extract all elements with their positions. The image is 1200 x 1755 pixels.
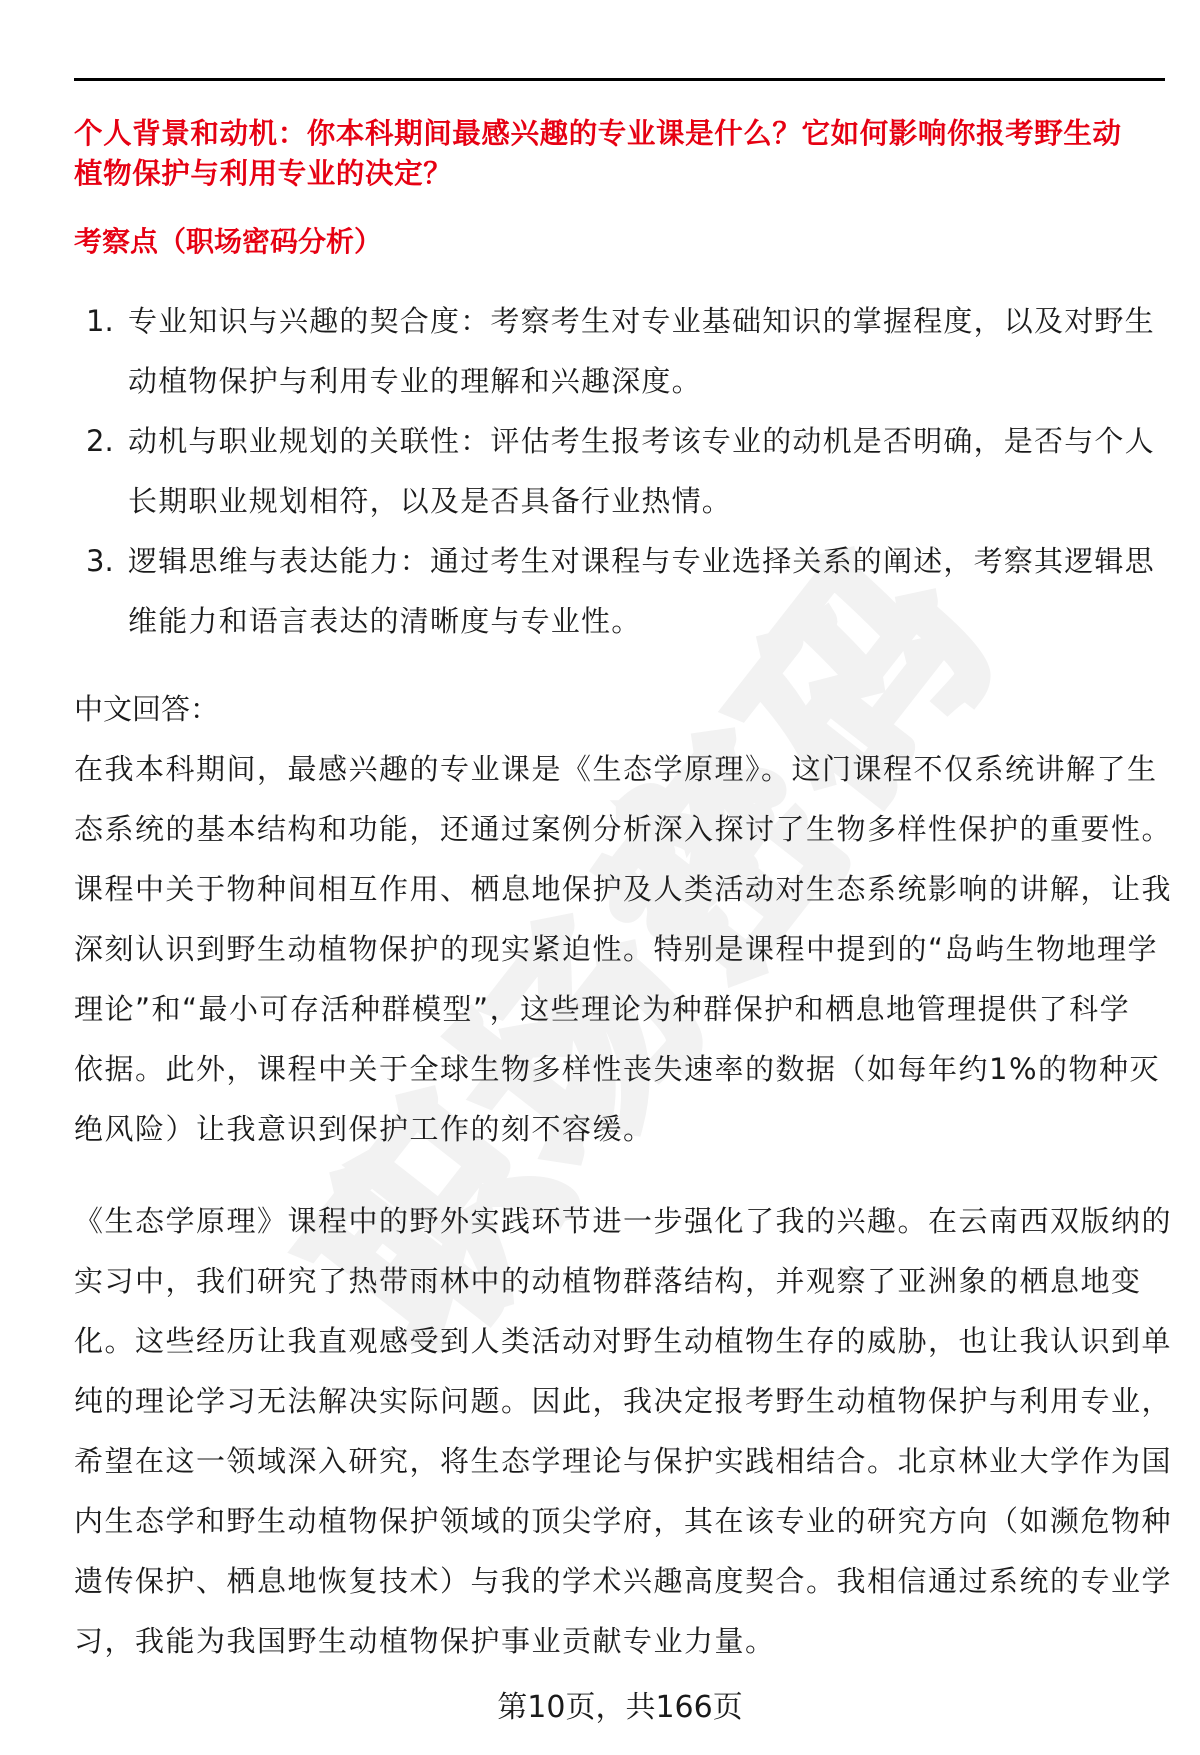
paragraph-line: 遗传保护、栖息地恢复技术）与我的学术兴趣高度契合。我相信通过系统的专业学 — [74, 1567, 1172, 1596]
list-item-number: 3. — [86, 547, 114, 576]
paragraph-line: 化。这些经历让我直观感受到人类活动对野生动植物生存的威胁，也让我认识到单 — [74, 1327, 1172, 1356]
page-number: 第10页，共166页 — [0, 1693, 1200, 1723]
list-item-text: 专业知识与兴趣的契合度：考察考生对专业基础知识的掌握程度，以及对野生 — [128, 307, 1155, 336]
document-page: 职场密码 个人背景和动机：你本科期间最感兴趣的专业课是什么？它如何影响你报考野生… — [0, 0, 1200, 1755]
paragraph-line: 依据。此外，课程中关于全球生物多样性丧失速率的数据（如每年约1%的物种灭 — [74, 1055, 1160, 1084]
list-item-text: 动机与职业规划的关联性：评估考生报考该专业的动机是否明确，是否与个人 — [128, 427, 1155, 456]
paragraph-line: 内生态学和野生动植物保护领域的顶尖学府，其在该专业的研究方向（如濒危物种 — [74, 1507, 1172, 1536]
paragraph-line: 理论”和“最小可存活种群模型”，这些理论为种群保护和栖息地管理提供了科学 — [74, 995, 1130, 1024]
paragraph-line: 在我本科期间，最感兴趣的专业课是《生态学原理》。这门课程不仅系统讲解了生 — [74, 755, 1158, 784]
paragraph-line: 希望在这一领域深入研究，将生态学理论与保护实践相结合。北京林业大学作为国 — [74, 1447, 1172, 1476]
section-heading: 考察点（职场密码分析） — [74, 228, 382, 256]
list-item-text: 逻辑思维与表达能力：通过考生对课程与专业选择关系的阐述，考察其逻辑思 — [128, 547, 1155, 576]
paragraph-line: 绝风险）让我意识到保护工作的刻不容缓。 — [74, 1115, 654, 1144]
paragraph-line: 纯的理论学习无法解决实际问题。因此，我决定报考野生动植物保护与利用专业， — [74, 1387, 1172, 1416]
paragraph-line: 《生态学原理》课程中的野外实践环节进一步强化了我的兴趣。在云南西双版纳的 — [74, 1207, 1172, 1236]
paragraph-line: 实习中，我们研究了热带雨林中的动植物群落结构，并观察了亚洲象的栖息地变 — [74, 1267, 1142, 1296]
paragraph-line: 习，我能为我国野生动植物保护事业贡献专业力量。 — [74, 1627, 776, 1656]
header-rule — [74, 78, 1165, 81]
paragraph-line: 课程中关于物种间相互作用、栖息地保护及人类活动对生态系统影响的讲解，让我 — [74, 875, 1172, 904]
question-title-line-2: 植物保护与利用专业的决定？ — [74, 160, 452, 189]
answer-label: 中文回答： — [74, 695, 219, 724]
list-item-number: 1. — [86, 307, 114, 336]
list-item-text: 维能力和语言表达的清晰度与专业性。 — [128, 607, 641, 636]
list-item-number: 2. — [86, 427, 114, 456]
paragraph-line: 深刻认识到野生动植物保护的现实紧迫性。特别是课程中提到的“岛屿生物地理学 — [74, 935, 1158, 964]
paragraph-line: 态系统的基本结构和功能，还通过案例分析深入探讨了生物多样性保护的重要性。 — [74, 815, 1172, 844]
list-item-text: 动植物保护与利用专业的理解和兴趣深度。 — [128, 367, 702, 396]
question-title-line-1: 个人背景和动机：你本科期间最感兴趣的专业课是什么？它如何影响你报考野生动 — [74, 120, 1122, 149]
list-item-text: 长期职业规划相符，以及是否具备行业热情。 — [128, 487, 732, 516]
